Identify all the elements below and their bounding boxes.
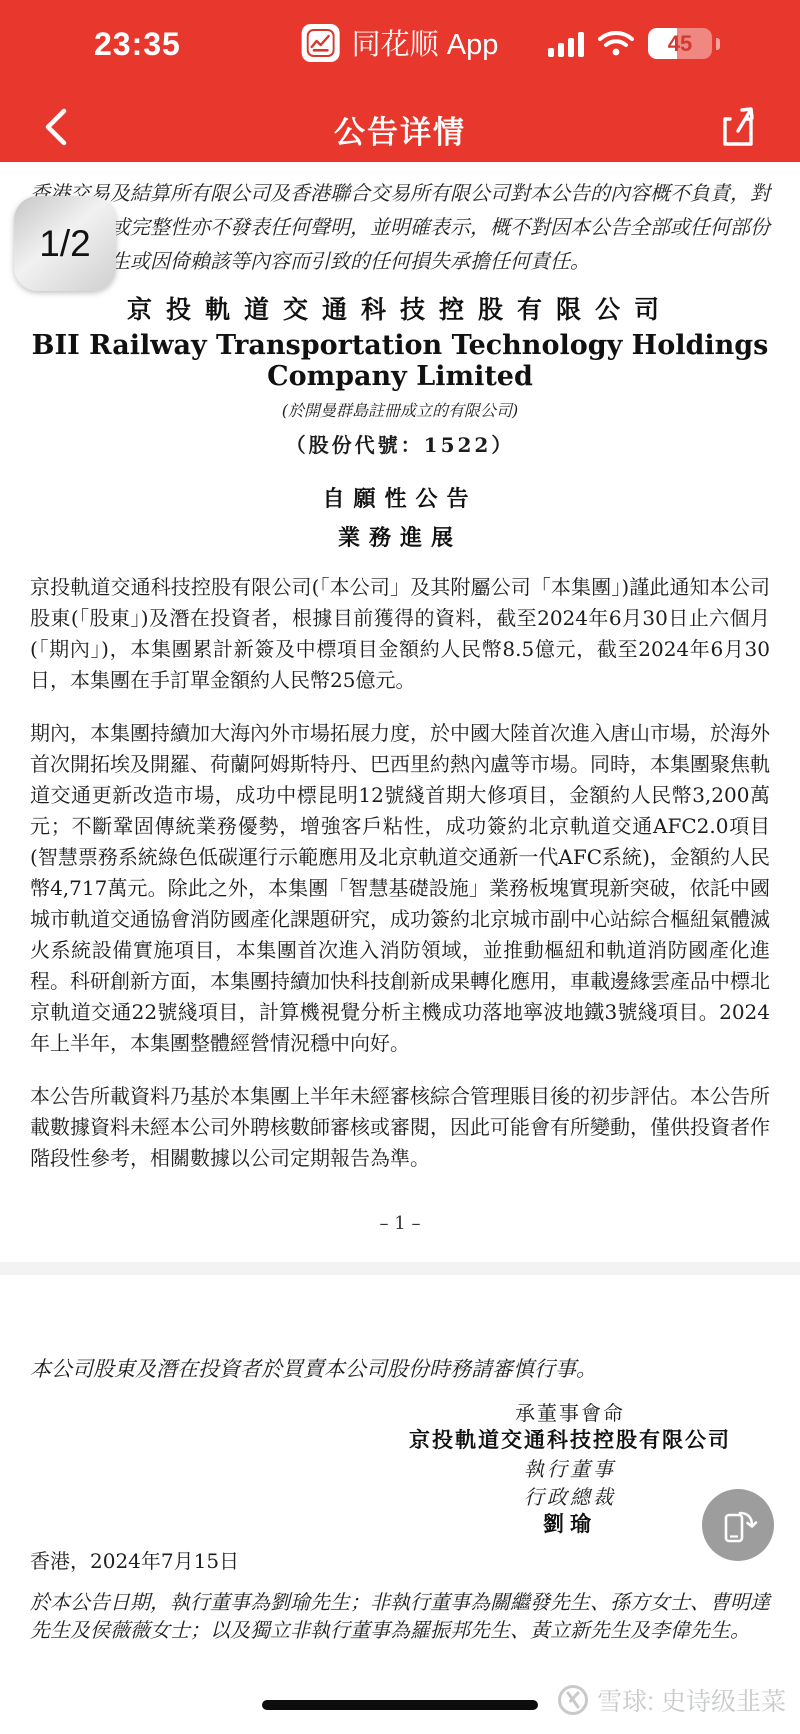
page-number-footer: – 1 –	[0, 1213, 800, 1234]
page-title: 公告详情	[334, 107, 466, 152]
share-icon	[716, 103, 760, 151]
battery-icon: 45	[648, 28, 712, 59]
by-order-line: 承董事會命	[370, 1399, 770, 1427]
app-banner[interactable]: 同花顺 App	[302, 22, 499, 63]
xueqiu-watermark: 雪球: 史诗级韭菜	[557, 1682, 786, 1718]
company-name-cn: 京投軌道交通科技控股有限公司	[30, 290, 770, 326]
signer-title-1: 執行董事	[370, 1455, 770, 1483]
status-bar: 23:35 同花顺 App 45	[0, 0, 800, 95]
announcement-subject-heading: 業務進展	[30, 521, 770, 552]
shareholder-caution: 本公司股東及潛在投資者於買賣本公司股份時務請審慎行事。	[30, 1275, 770, 1383]
signature-company: 京投軌道交通科技控股有限公司	[370, 1427, 770, 1455]
wifi-icon	[598, 30, 634, 58]
app-banner-label: 同花顺 App	[352, 22, 499, 63]
watermark-text: 雪球: 史诗级韭菜	[597, 1682, 786, 1718]
rotate-screen-button[interactable]	[702, 1489, 774, 1561]
announcement-detail-screen: 23:35 同花顺 App 45	[0, 0, 800, 1734]
cellular-signal-icon	[548, 31, 584, 57]
announcement-document-page-1[interactable]: 香港交易及結算所有限公司及香港聯合交易所有限公司對本公告的內容概不負責，對其準確…	[0, 162, 800, 1262]
body-paragraph-1: 京投軌道交通科技控股有限公司(「本公司」及其附屬公司「本集團」)謹此通知本公司股…	[30, 572, 770, 696]
body-paragraph-3: 本公告所載資料乃基於本集團上半年未經審核綜合管理賬目後的初步評估。本公告所載數據…	[30, 1081, 770, 1174]
status-icons: 45	[548, 28, 720, 59]
nav-bar: 公告详情	[0, 95, 800, 162]
ths-app-icon	[302, 24, 340, 62]
share-button[interactable]	[716, 103, 760, 151]
incorporation-note: (於開曼群島註冊成立的有限公司)	[30, 398, 770, 421]
clock-time: 23:35	[94, 26, 181, 63]
directors-note: 於本公告日期，執行董事為劉瑜先生；非執行董事為關繼發先生、孫方女士、曹明達先生及…	[30, 1588, 770, 1644]
exchange-disclaimer: 香港交易及結算所有限公司及香港聯合交易所有限公司對本公告的內容概不負責，對其準確…	[30, 176, 770, 278]
place-date-line: 香港，2024年7月15日	[30, 1545, 770, 1574]
company-name-en: BII Railway Transportation Technology Ho…	[30, 330, 770, 392]
chevron-left-icon	[36, 103, 80, 151]
stock-code: （股份代號：1522）	[30, 429, 770, 458]
battery-nub	[716, 38, 720, 50]
snowball-logo-icon	[557, 1684, 589, 1716]
app-icon-glyph	[307, 29, 335, 57]
home-indicator[interactable]	[262, 1700, 538, 1710]
announcement-document-page-2[interactable]: 本公司股東及潛在投資者於買賣本公司股份時務請審慎行事。 承董事會命 京投軌道交通…	[0, 1275, 800, 1721]
page-indicator-badge: 1/2	[14, 196, 116, 291]
page-separator	[0, 1262, 800, 1275]
announcement-type-heading: 自願性公告	[30, 482, 770, 513]
back-button[interactable]	[36, 103, 80, 151]
rotate-phone-icon	[716, 1503, 760, 1547]
body-paragraph-2: 期內，本集團持續加大海內外市場拓展力度，於中國大陸首次進入唐山市場，於海外首次開…	[30, 718, 770, 1059]
battery-percent: 45	[668, 31, 692, 57]
